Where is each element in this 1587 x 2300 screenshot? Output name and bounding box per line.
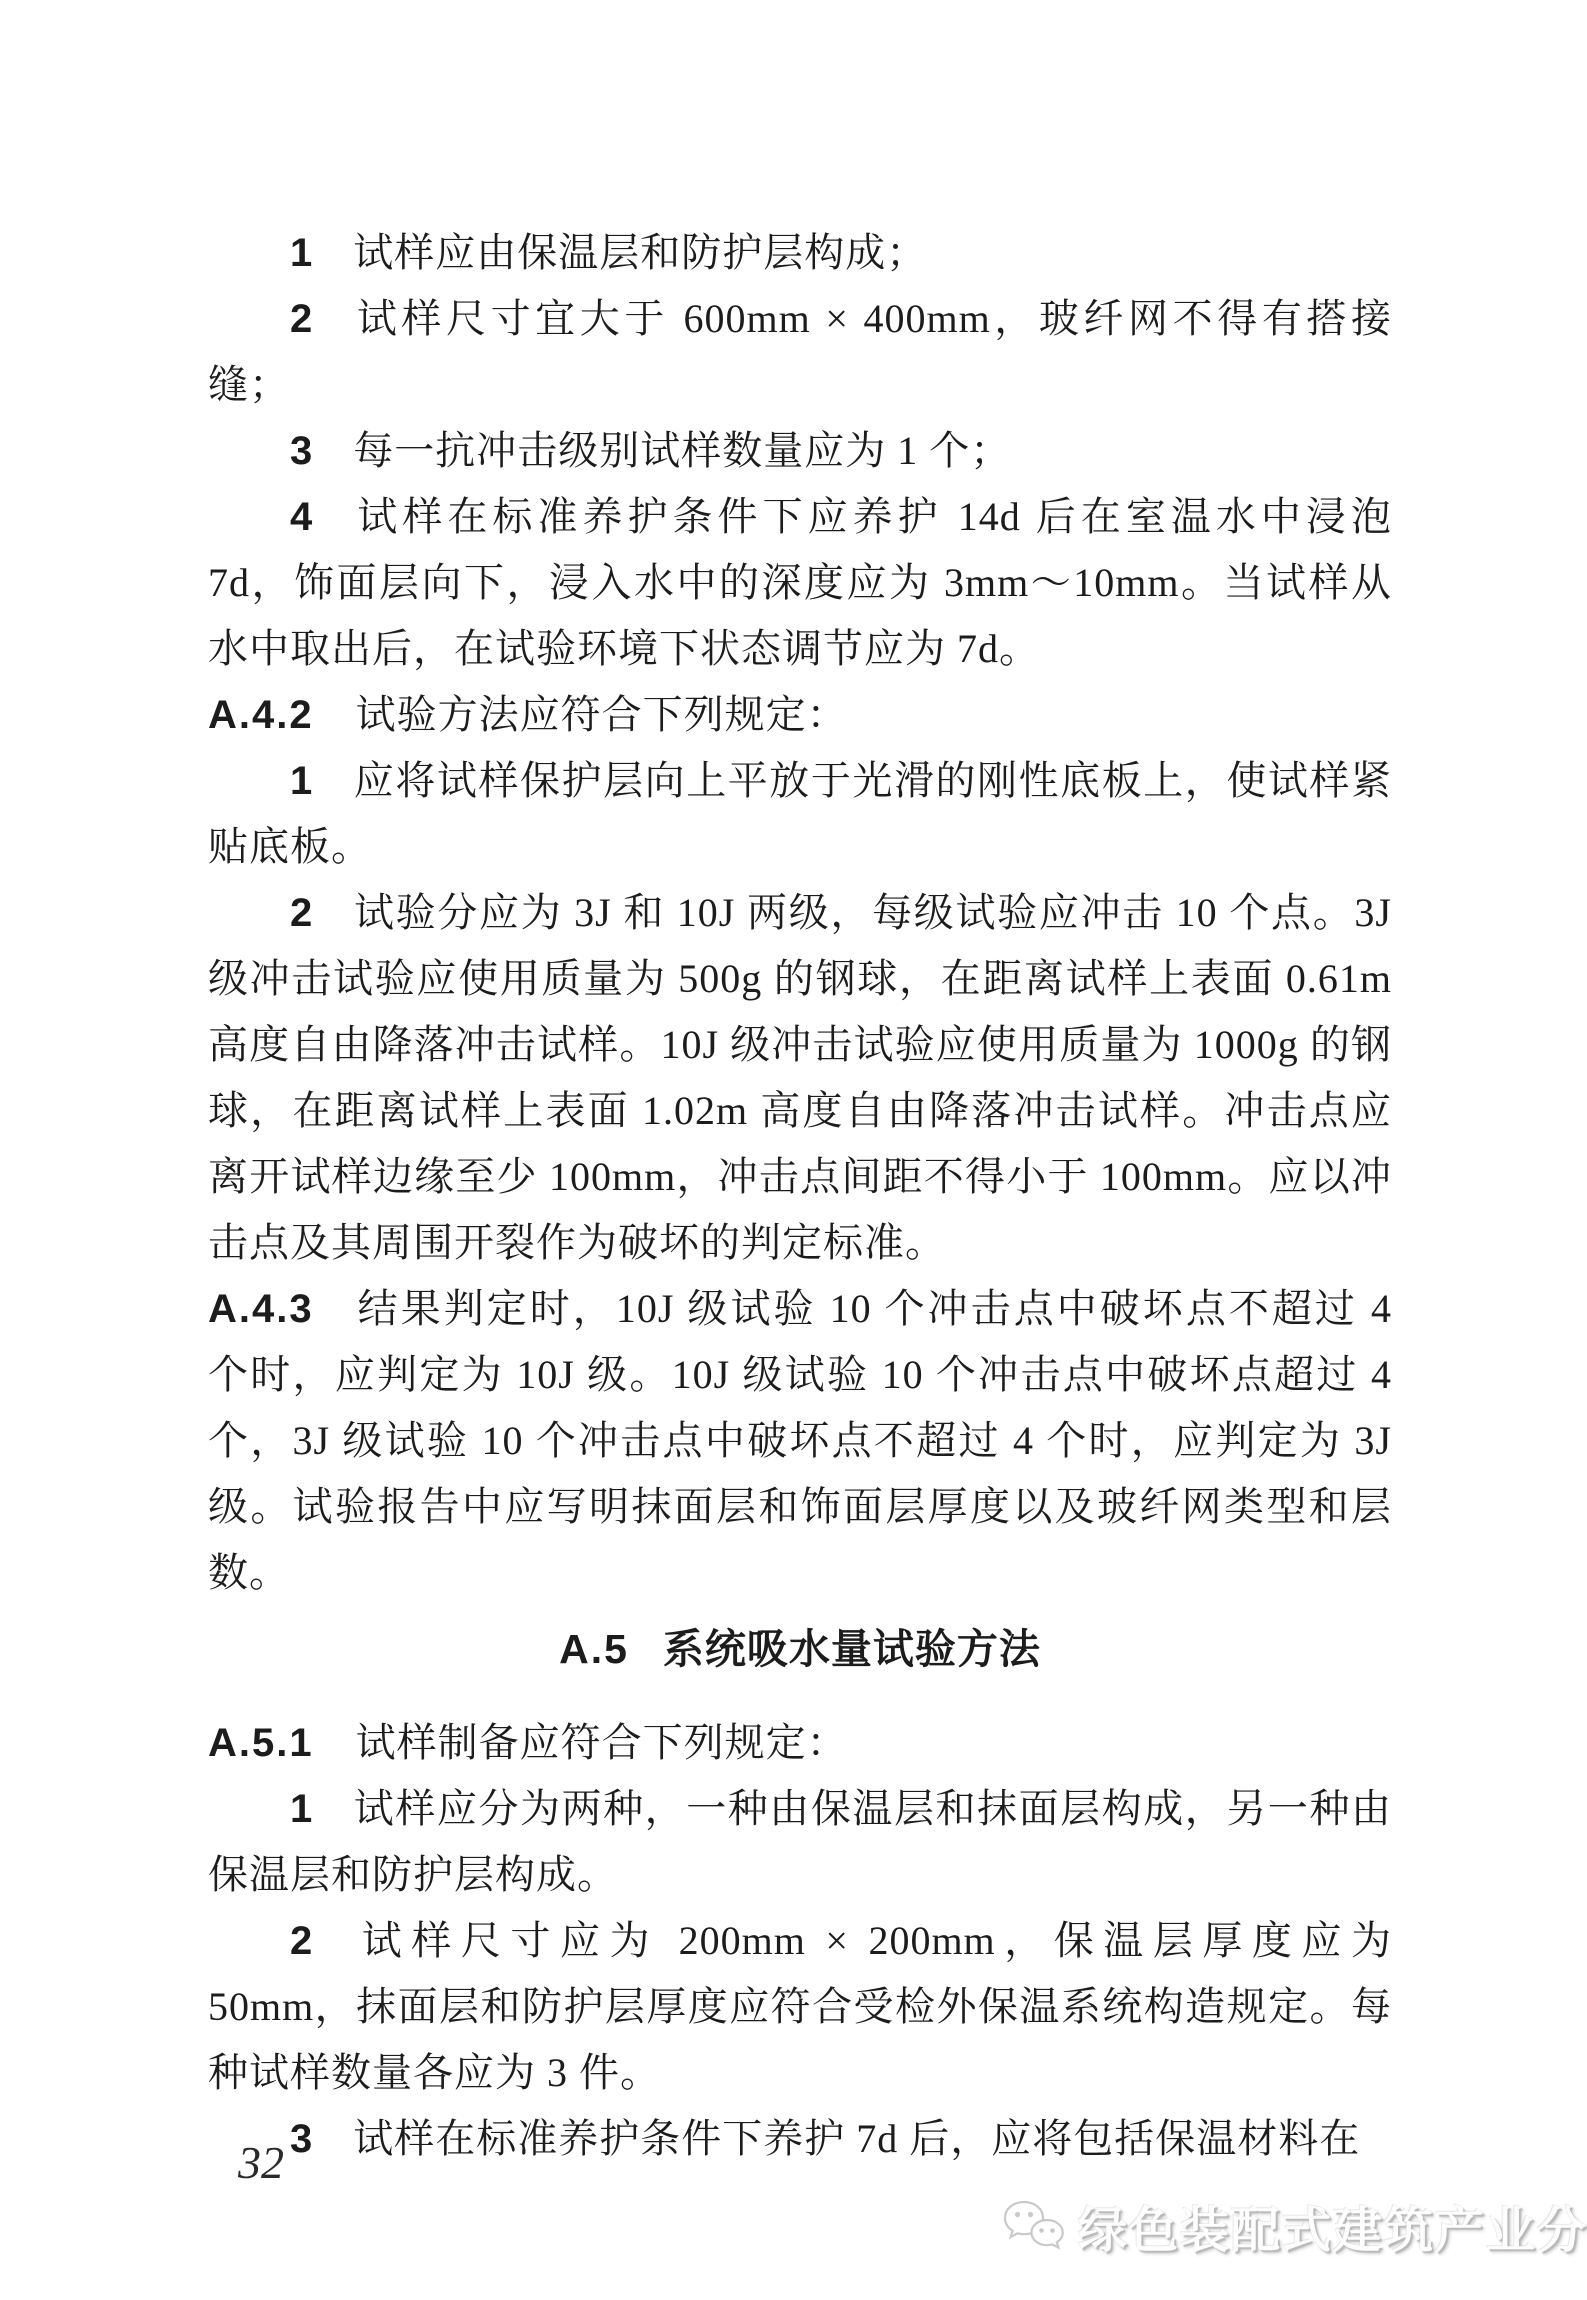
item-text: 试样应由保温层和防护层构成； — [353, 230, 927, 275]
clause-number: A.4.3 — [208, 1287, 356, 1331]
watermark-text: 绿色装配式建筑产业分会 — [1078, 2192, 1587, 2262]
item-number: 2 — [290, 891, 353, 935]
list-item: 4试样在标准养护条件下应养护 14d 后在室温水中浸泡 7d，饰面层向下，浸入水… — [208, 484, 1392, 682]
clause-text: 试样制备应符合下列规定： — [356, 1721, 848, 1765]
item-text: 每一抗冲击级别试样数量应为 1 个； — [353, 428, 1011, 473]
item-number: 1 — [290, 231, 353, 275]
item-number: 3 — [290, 2117, 353, 2161]
clause-number: A.4.2 — [208, 693, 356, 737]
item-text: 试样应分为两种，一种由保温层和抹面层构成，另一种由保温层和防护层构成。 — [208, 1786, 1392, 1897]
item-number: 1 — [290, 759, 353, 803]
wechat-icon — [1002, 2198, 1066, 2256]
list-item: 1应将试样保护层向上平放于光滑的刚性底板上，使试样紧贴底板。 — [208, 748, 1392, 880]
item-text: 试样尺寸宜大于 600mm × 400mm，玻纤网不得有搭接缝； — [208, 296, 1392, 407]
item-number: 2 — [290, 1919, 353, 1963]
document-page: 1试样应由保温层和防护层构成； 2试样尺寸宜大于 600mm × 400mm，玻… — [0, 0, 1587, 2300]
list-item: 2试样尺寸宜大于 600mm × 400mm，玻纤网不得有搭接缝； — [208, 286, 1392, 418]
item-text: 试样在标准养护条件下养护 7d 后，应将包括保温材料在 — [353, 2116, 1360, 2161]
section-number: A.5 — [559, 1626, 663, 1672]
list-item: 1试样应由保温层和防护层构成； — [208, 220, 1392, 286]
clause-a51: A.5.1试样制备应符合下列规定： — [208, 1710, 1392, 1776]
item-number: 2 — [290, 297, 353, 341]
page-content: 1试样应由保温层和防护层构成； 2试样尺寸宜大于 600mm × 400mm，玻… — [208, 220, 1392, 2172]
item-number: 1 — [290, 1787, 353, 1831]
clause-a42: A.4.2试验方法应符合下列规定： — [208, 682, 1392, 748]
list-item: 2试样尺寸应为 200mm × 200mm，保温层厚度应为 50mm，抹面层和防… — [208, 1908, 1392, 2106]
watermark: 绿色装配式建筑产业分会 — [1002, 2192, 1587, 2262]
item-text: 应将试样保护层向上平放于光滑的刚性底板上，使试样紧贴底板。 — [208, 758, 1392, 869]
item-number: 4 — [290, 495, 353, 539]
clause-text: 试验方法应符合下列规定： — [356, 693, 848, 737]
list-item: 2试验分应为 3J 和 10J 两级，每级试验应冲击 10 个点。3J 级冲击试… — [208, 880, 1392, 1276]
item-text: 试验分应为 3J 和 10J 两级，每级试验应冲击 10 个点。3J 级冲击试验… — [208, 890, 1392, 1265]
item-text: 试样尺寸应为 200mm × 200mm，保温层厚度应为 50mm，抹面层和防护… — [208, 1918, 1392, 2095]
list-item: 3试样在标准养护条件下养护 7d 后，应将包括保温材料在 — [208, 2106, 1392, 2172]
item-text: 试样在标准养护条件下应养护 14d 后在室温水中浸泡 7d，饰面层向下，浸入水中… — [208, 494, 1392, 671]
clause-text: 结果判定时，10J 级试验 10 个冲击点中破坏点不超过 4 个时，应判定为 1… — [208, 1286, 1392, 1595]
clause-a43: A.4.3结果判定时，10J 级试验 10 个冲击点中破坏点不超过 4 个时，应… — [208, 1276, 1392, 1606]
item-number: 3 — [290, 429, 353, 473]
section-title: 系统吸水量试验方法 — [663, 1626, 1041, 1672]
page-number: 32 — [238, 2136, 284, 2189]
clause-number: A.5.1 — [208, 1721, 356, 1765]
section-heading-a5: A.5系统吸水量试验方法 — [208, 1616, 1392, 1682]
list-item: 3每一抗冲击级别试样数量应为 1 个； — [208, 418, 1392, 484]
list-item: 1试样应分为两种，一种由保温层和抹面层构成，另一种由保温层和防护层构成。 — [208, 1776, 1392, 1908]
